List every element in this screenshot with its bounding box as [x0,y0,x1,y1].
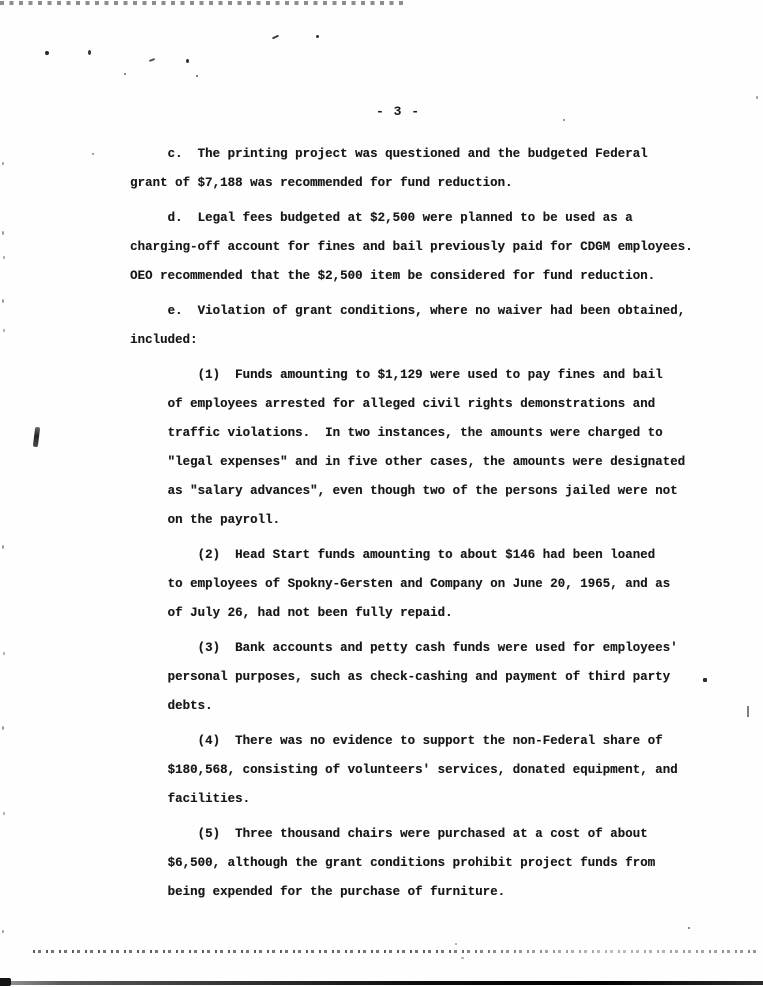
scan-speckle [756,96,758,99]
list-item-5: (5) Three thousand chairs were purchased… [130,820,755,907]
scan-bottom-line [0,981,763,985]
scan-smudge [33,427,40,447]
scan-speckle [461,957,464,959]
scan-edge-noise [2,299,4,303]
scan-speckle [186,59,189,63]
scan-speckle [149,58,155,62]
scan-corner-mark [0,978,11,986]
paragraph-e: e. Violation of grant conditions, where … [130,297,755,355]
scan-speckle [688,927,690,929]
scan-speckle [455,943,457,945]
list-item-4: (4) There was no evidence to support the… [130,727,755,814]
paragraph-d: d. Legal fees budgeted at $2,500 were pl… [130,204,755,291]
scan-edge-noise [3,329,5,332]
scan-edge-noise [2,162,4,165]
scanned-page: - 3 - c. The printing project was questi… [0,0,763,987]
scan-tick [747,706,749,717]
page-number: - 3 - [356,97,440,126]
scan-edge-noise [2,930,4,933]
scan-edge-noise [3,652,5,655]
scan-dashed-line [33,950,757,953]
scan-speckle [124,73,126,75]
list-item-1: (1) Funds amounting to $1,129 were used … [130,361,755,535]
scan-edge-noise [2,726,4,730]
list-item-3: (3) Bank accounts and petty cash funds w… [130,634,755,721]
scan-edge-noise [2,545,4,549]
scan-speckle [563,119,565,121]
scan-speckle [196,75,198,77]
document-body: c. The printing project was questioned a… [130,140,755,913]
scan-edge-noise [3,256,5,259]
scan-speckle [88,50,91,55]
scan-speckle [45,51,49,55]
scan-edge-noise [3,812,5,815]
list-item-2: (2) Head Start funds amounting to about … [130,541,755,628]
scan-speckle [272,35,279,40]
paragraph-c: c. The printing project was questioned a… [130,140,755,198]
scan-edge-dots [0,1,403,5]
scan-speckle [703,678,707,682]
scan-speckle [92,153,94,155]
scan-edge-noise [2,231,4,235]
scan-speckle [316,35,319,38]
